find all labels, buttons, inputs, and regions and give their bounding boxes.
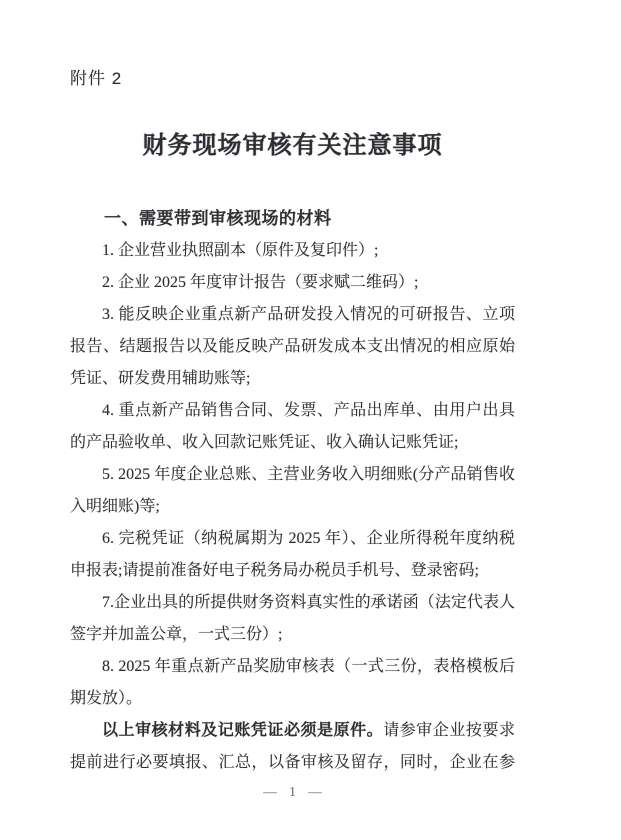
closing-bold-lead: 以上审核材料及记账凭证必须是原件。 <box>102 722 383 739</box>
list-item-7: 7.企业出具的所提供财务资料真实性的承诺函（法定代表人 签字并加盖公章，一式三份… <box>70 587 515 651</box>
attachment-label: 附件 2 <box>70 68 515 90</box>
list-item-3: 3. 能反映企业重点新产品研发投入情况的可研报告、立项 报告、结题报告以及能反映… <box>70 299 515 395</box>
body-line: 报告、结题报告以及能反映产品研发成本支出情况的相应原始 <box>70 331 515 363</box>
body-line: 申报表;请提前准备好电子税务局办税员手机号、登录密码; <box>70 555 515 587</box>
document-content: 附件 2 财务现场审核有关注意事项 一、需要带到审核现场的材料 1. 企业营业执… <box>0 0 515 801</box>
list-item-2: 2. 企业 2025 年度审计报告（要求赋二维码）; <box>70 267 515 299</box>
document-title: 财务现场审核有关注意事项 <box>70 130 515 162</box>
body-line: 签字并加盖公章，一式三份）; <box>70 619 515 651</box>
closing-line1-rest: 请参审企业按要求 <box>383 722 515 739</box>
page-number: — 1 — <box>70 783 515 801</box>
list-item-5: 5. 2025 年度企业总账、主营业务收入明细账(分产品销售收 入明细账)等; <box>70 459 515 523</box>
body-line: 1. 企业营业执照副本（原件及复印件）; <box>70 235 515 267</box>
section-heading: 一、需要带到审核现场的材料 <box>70 203 515 235</box>
body-line: 以上审核材料及记账凭证必须是原件。请参审企业按要求 <box>70 715 515 747</box>
body-line: 8. 2025 年重点新产品奖励审核表（一式三份，表格模板后 <box>70 651 515 683</box>
body-line: 5. 2025 年度企业总账、主营业务收入明细账(分产品销售收 <box>70 459 515 491</box>
body-line: 期发放）。 <box>70 683 515 715</box>
body-line: 7.企业出具的所提供财务资料真实性的承诺函（法定代表人 <box>70 587 515 619</box>
body-line: 4. 重点新产品销售合同、发票、产品出库单、由用户出具 <box>70 395 515 427</box>
body-line: 入明细账)等; <box>70 491 515 523</box>
body-line: 提前进行必要填报、汇总，以备审核及留存，同时，企业在参 <box>70 747 515 779</box>
list-item-6: 6. 完税凭证（纳税属期为 2025 年）、企业所得税年度纳税 申报表;请提前准… <box>70 523 515 587</box>
closing-paragraph: 以上审核材料及记账凭证必须是原件。请参审企业按要求 提前进行必要填报、汇总，以备… <box>70 715 515 779</box>
body-line: 2. 企业 2025 年度审计报告（要求赋二维码）; <box>70 267 515 299</box>
list-item-8: 8. 2025 年重点新产品奖励审核表（一式三份，表格模板后 期发放）。 <box>70 651 515 715</box>
body-line: 3. 能反映企业重点新产品研发投入情况的可研报告、立项 <box>70 299 515 331</box>
body-line: 的产品验收单、收入回款记账凭证、收入确认记账凭证; <box>70 427 515 459</box>
list-item-4: 4. 重点新产品销售合同、发票、产品出库单、由用户出具 的产品验收单、收入回款记… <box>70 395 515 459</box>
body-line: 凭证、研发费用辅助账等; <box>70 363 515 395</box>
body-line: 6. 完税凭证（纳税属期为 2025 年）、企业所得税年度纳税 <box>70 523 515 555</box>
list-item-1: 1. 企业营业执照副本（原件及复印件）; <box>70 235 515 267</box>
document-page: 附件 2 财务现场审核有关注意事项 一、需要带到审核现场的材料 1. 企业营业执… <box>0 0 621 840</box>
